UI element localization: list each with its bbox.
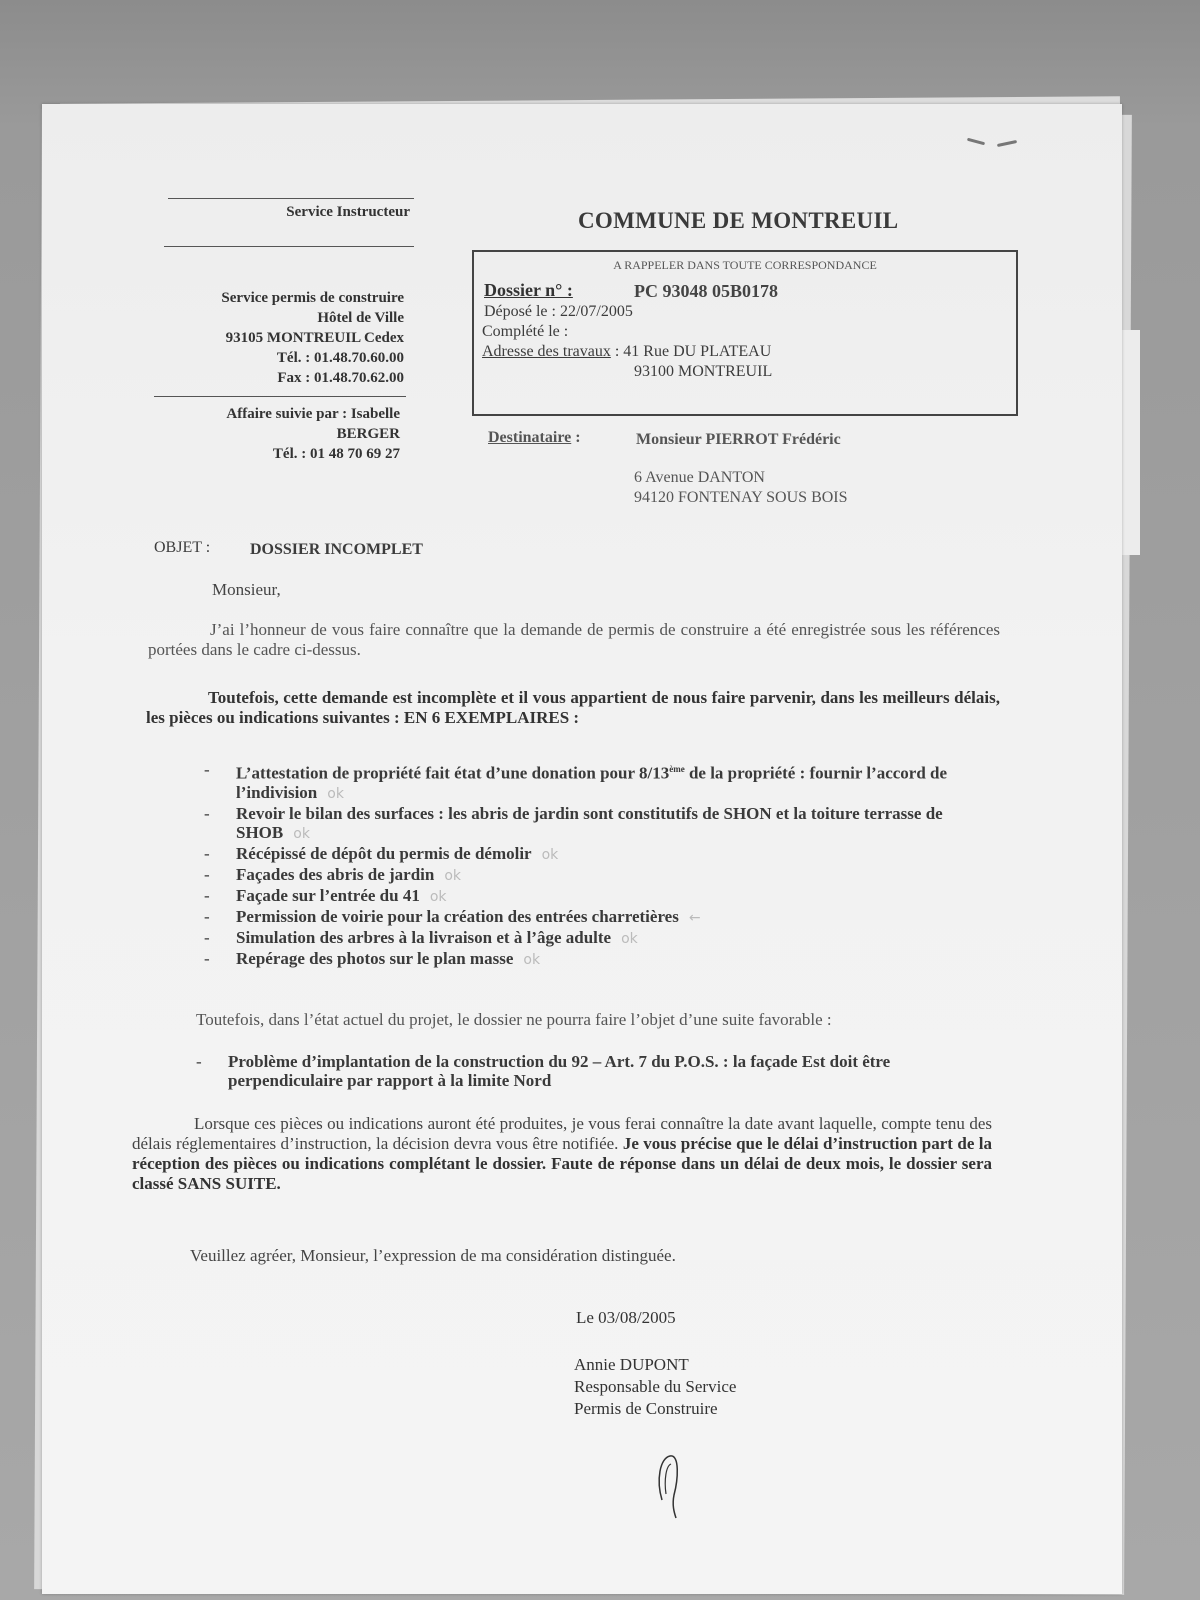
handwritten-check-icon: ok <box>523 952 540 968</box>
missing-document-item: Permission de voirie pour la création de… <box>204 907 1000 928</box>
item-text: Repérage des photos sur le plan masse <box>236 949 513 968</box>
divider <box>154 396 406 397</box>
handwritten-check-icon: ok <box>621 931 638 947</box>
objet-value: DOSSIER INCOMPLET <box>250 540 423 560</box>
sender-phone: Tél. : 01.48.70.60.00 <box>162 348 404 368</box>
item-text: Permission de voirie pour la création de… <box>236 907 679 926</box>
dossier-number: PC 93048 05B0178 <box>634 281 778 302</box>
recipient-address-line1: 6 Avenue DANTON <box>634 468 765 488</box>
sender-fax: Fax : 01.48.70.62.00 <box>162 368 404 388</box>
missing-documents-list: L’attestation de propriété fait état d’u… <box>204 760 1000 970</box>
handwritten-check-icon: ok <box>327 786 344 802</box>
objet-label: OBJET : <box>154 538 210 558</box>
handwritten-check-icon: ok <box>444 868 461 884</box>
closing-formula: Veuillez agréer, Monsieur, l’expression … <box>190 1246 676 1266</box>
staple-icon <box>997 140 1017 147</box>
dossier-box: A RAPPELER DANS TOUTE CORRESPONDANCE Dos… <box>472 250 1018 416</box>
missing-document-item: Récépissé de dépôt du permis de démoliro… <box>204 844 1000 865</box>
depose-label: Déposé le : <box>484 303 556 320</box>
item-text: L’attestation de propriété fait état d’u… <box>236 764 669 783</box>
missing-document-item: L’attestation de propriété fait état d’u… <box>204 760 1000 804</box>
divider <box>168 198 414 199</box>
sender-line: 93105 MONTREUIL Cedex <box>162 328 404 348</box>
handwritten-check-icon: ok <box>293 826 310 842</box>
affaire-suivie-name: BERGER <box>154 424 400 444</box>
dossier-label: Dossier n° : <box>484 280 573 300</box>
item-text: Récépissé de dépôt du permis de démolir <box>236 844 532 863</box>
adresse-line2: 93100 MONTREUIL <box>634 362 772 382</box>
signature-block: Annie DUPONT Responsable du Service Perm… <box>574 1354 736 1420</box>
sender-line: Service permis de construire <box>162 288 404 308</box>
item-text: Façade sur l’entrée du 41 <box>236 886 420 905</box>
staple-icon <box>967 138 985 146</box>
adresse-row: Adresse des travaux : 41 Rue DU PLATEAU <box>482 342 771 362</box>
paragraph-incomplete: Toutefois, cette demande est incomplète … <box>146 688 1000 728</box>
handwritten-signature-icon <box>652 1450 692 1520</box>
missing-document-item: Repérage des photos sur le plan masseok <box>204 949 1000 970</box>
paragraph-unfavorable: Toutefois, dans l’état actuel du projet,… <box>196 1010 996 1030</box>
affaire-suivie: Affaire suivie par : Isabelle BERGER Tél… <box>154 404 400 464</box>
signature-date: Le 03/08/2005 <box>576 1308 676 1328</box>
recipient-name: Monsieur PIERROT Frédéric <box>636 430 841 450</box>
item-text: Simulation des arbres à la livraison et … <box>236 928 611 947</box>
reminder-text: A RAPPELER DANS TOUTE CORRESPONDANCE <box>474 258 1016 273</box>
missing-document-item: Simulation des arbres à la livraison et … <box>204 928 1000 949</box>
service-instructeur-label: Service Instructeur <box>168 202 410 222</box>
handwritten-check-icon: ← <box>689 910 701 926</box>
recipient-address-line2: 94120 FONTENAY SOUS BOIS <box>634 488 848 508</box>
handwritten-check-icon: ok <box>542 847 559 863</box>
adresse-label: Adresse des travaux <box>482 343 611 360</box>
affaire-suivie-phone: Tél. : 01 48 70 69 27 <box>154 444 400 464</box>
item-text: Façades des abris de jardin <box>236 865 434 884</box>
signatory-title-line2: Permis de Construire <box>574 1398 736 1420</box>
item-superscript: ème <box>669 764 685 774</box>
affaire-suivie-label: Affaire suivie par : Isabelle <box>154 404 400 424</box>
missing-document-item: Façades des abris de jardinok <box>204 865 1000 886</box>
salutation: Monsieur, <box>212 580 281 600</box>
letter-page: Service Instructeur Service permis de co… <box>42 104 1122 1594</box>
divider <box>164 246 414 247</box>
missing-document-item: Façade sur l’entrée du 41ok <box>204 886 1000 907</box>
commune-title: COMMUNE DE MONTREUIL <box>578 208 898 234</box>
complete-label: Complété le : <box>482 322 568 342</box>
sender-address: Service permis de construire Hôtel de Vi… <box>162 288 404 388</box>
problem-list: Problème d’implantation de la constructi… <box>196 1052 992 1090</box>
handwritten-check-icon: ok <box>430 889 447 905</box>
paragraph-intro: J’ai l’honneur de vous faire connaître q… <box>148 620 1000 660</box>
sender-line: Hôtel de Ville <box>162 308 404 328</box>
depose-date: 22/07/2005 <box>560 303 633 320</box>
item-text: Revoir le bilan des surfaces : les abris… <box>236 804 943 842</box>
problem-item: Problème d’implantation de la constructi… <box>196 1052 992 1090</box>
signatory-title-line1: Responsable du Service <box>574 1376 736 1398</box>
recipient-label-row: Destinataire : <box>488 428 581 448</box>
signatory-name: Annie DUPONT <box>574 1354 736 1376</box>
missing-document-item: Revoir le bilan des surfaces : les abris… <box>204 804 1000 844</box>
paragraph-procedure: Lorsque ces pièces ou indications auront… <box>132 1114 992 1194</box>
recipient-label: Destinataire <box>488 429 571 446</box>
depose-row: Déposé le : 22/07/2005 <box>484 302 633 322</box>
adresse-line1: : 41 Rue DU PLATEAU <box>615 343 771 360</box>
recipient-colon: : <box>575 429 580 446</box>
